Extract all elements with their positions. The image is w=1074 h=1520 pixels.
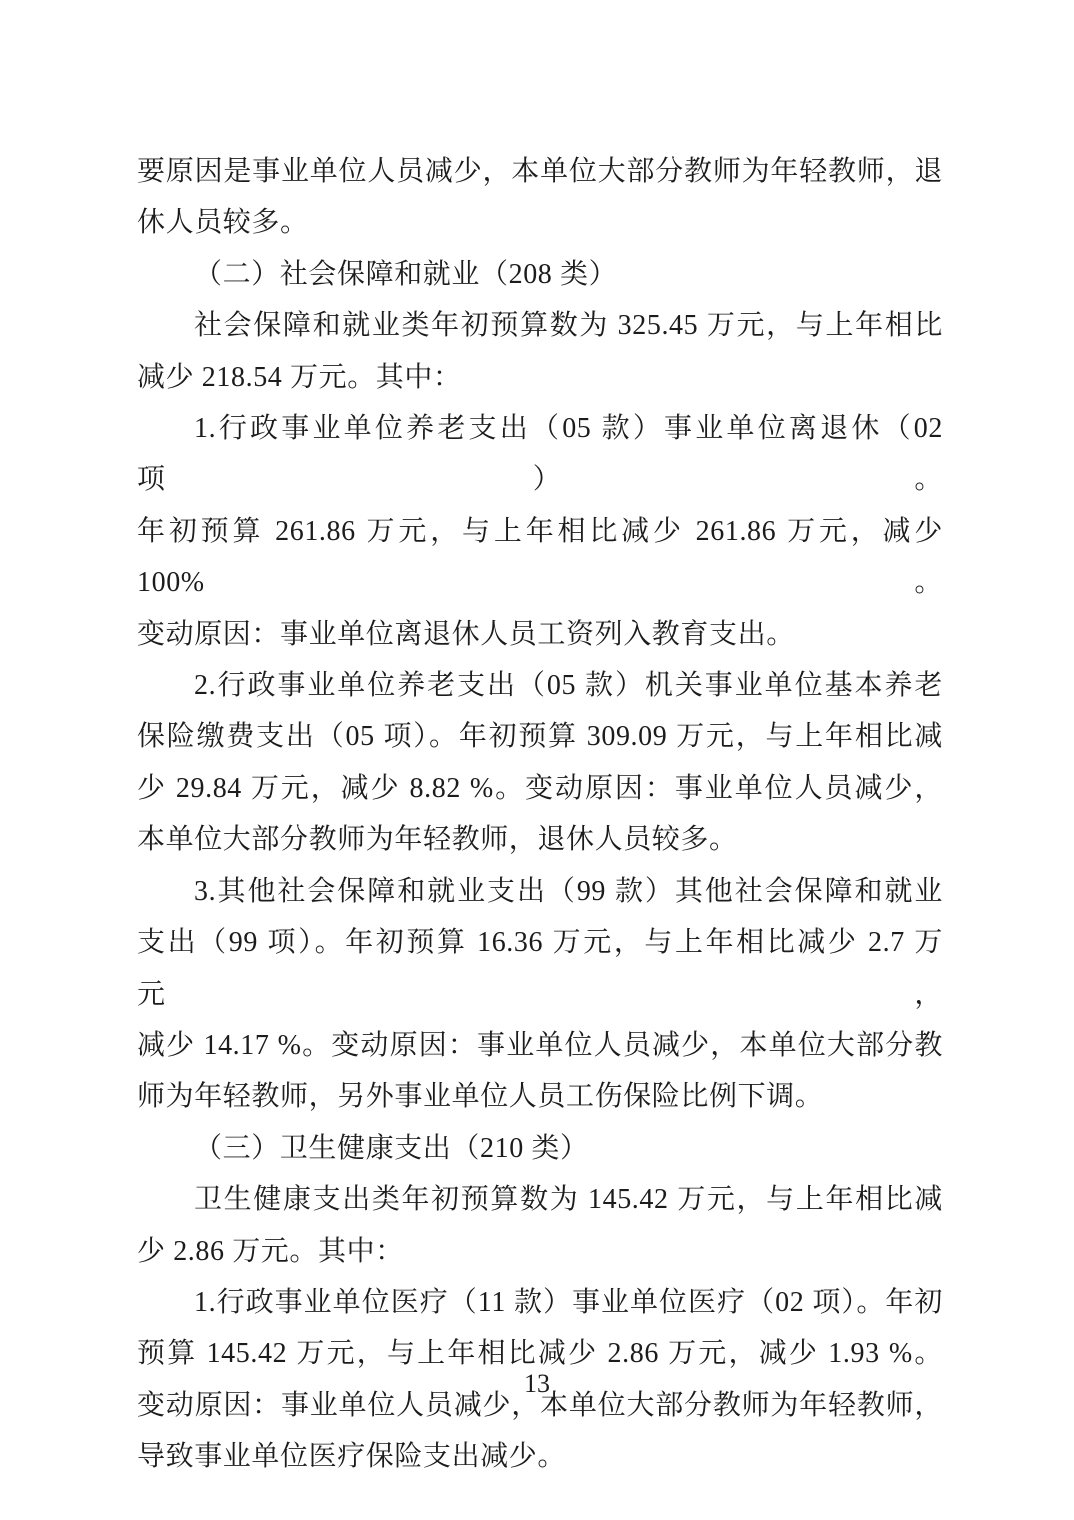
text-line: 年初预算 261.86 万元，与上年相比减少 261.86 万元，减少 100%…: [137, 506, 943, 609]
page-number: 13: [524, 1369, 550, 1398]
paragraph: 要原因是事业单位人员减少，本单位大部分教师为年轻教师，退 休人员较多。: [137, 146, 943, 249]
paragraph: 卫生健康支出类年初预算数为 145.42 万元，与上年相比减 少 2.86 万元…: [137, 1174, 943, 1277]
paragraph: 社会保障和就业类年初预算数为 325.45 万元，与上年相比 减少 218.54…: [137, 300, 943, 403]
text-line: 支出（99 项）。年初预算 16.36 万元，与上年相比减少 2.7 万元，: [137, 917, 943, 1020]
text-line: 休人员较多。: [137, 197, 943, 248]
paragraph: 1.行政事业单位养老支出（05 款）事业单位离退休（02 项）。 年初预算 26…: [137, 403, 943, 660]
text-line: 少 29.84 万元，减少 8.82 %。变动原因：事业单位人员减少，: [137, 763, 943, 814]
paragraph: （二）社会保障和就业（208 类）: [137, 249, 943, 300]
paragraph: 2.行政事业单位养老支出（05 款）机关事业单位基本养老 保险缴费支出（05 项…: [137, 660, 943, 866]
text-line: 少 2.86 万元。其中：: [137, 1226, 943, 1277]
text-block: 要原因是事业单位人员减少，本单位大部分教师为年轻教师，退 休人员较多。 （二）社…: [137, 146, 943, 1483]
text-line: 保险缴费支出（05 项）。年初预算 309.09 万元，与上年相比减: [137, 711, 943, 762]
text-line: 卫生健康支出类年初预算数为 145.42 万元，与上年相比减: [137, 1174, 943, 1225]
page-footer: 13: [0, 1368, 1074, 1400]
text-line: 导致事业单位医疗保险支出减少。: [137, 1431, 943, 1482]
text-line: 师为年轻教师，另外事业单位人员工伤保险比例下调。: [137, 1071, 943, 1122]
text-line: 变动原因：事业单位离退休人员工资列入教育支出。: [137, 609, 943, 660]
text-line: 减少 218.54 万元。其中：: [137, 352, 943, 403]
text-line: 社会保障和就业类年初预算数为 325.45 万元，与上年相比: [137, 300, 943, 351]
section-heading: （三）卫生健康支出（210 类）: [137, 1123, 943, 1174]
text-line: 本单位大部分教师为年轻教师，退休人员较多。: [137, 814, 943, 865]
section-heading: （二）社会保障和就业（208 类）: [137, 249, 943, 300]
text-line: 2.行政事业单位养老支出（05 款）机关事业单位基本养老: [137, 660, 943, 711]
text-line: 1.行政事业单位养老支出（05 款）事业单位离退休（02 项）。: [137, 403, 943, 506]
text-line: 要原因是事业单位人员减少，本单位大部分教师为年轻教师，退: [137, 146, 943, 197]
paragraph: 3.其他社会保障和就业支出（99 款）其他社会保障和就业 支出（99 项）。年初…: [137, 866, 943, 1123]
text-line: 3.其他社会保障和就业支出（99 款）其他社会保障和就业: [137, 866, 943, 917]
document-page: 要原因是事业单位人员减少，本单位大部分教师为年轻教师，退 休人员较多。 （二）社…: [0, 0, 1074, 1520]
text-line: 减少 14.17 %。变动原因：事业单位人员减少，本单位大部分教: [137, 1020, 943, 1071]
text-line: 1.行政事业单位医疗（11 款）事业单位医疗（02 项）。年初: [137, 1277, 943, 1328]
paragraph: （三）卫生健康支出（210 类）: [137, 1123, 943, 1174]
